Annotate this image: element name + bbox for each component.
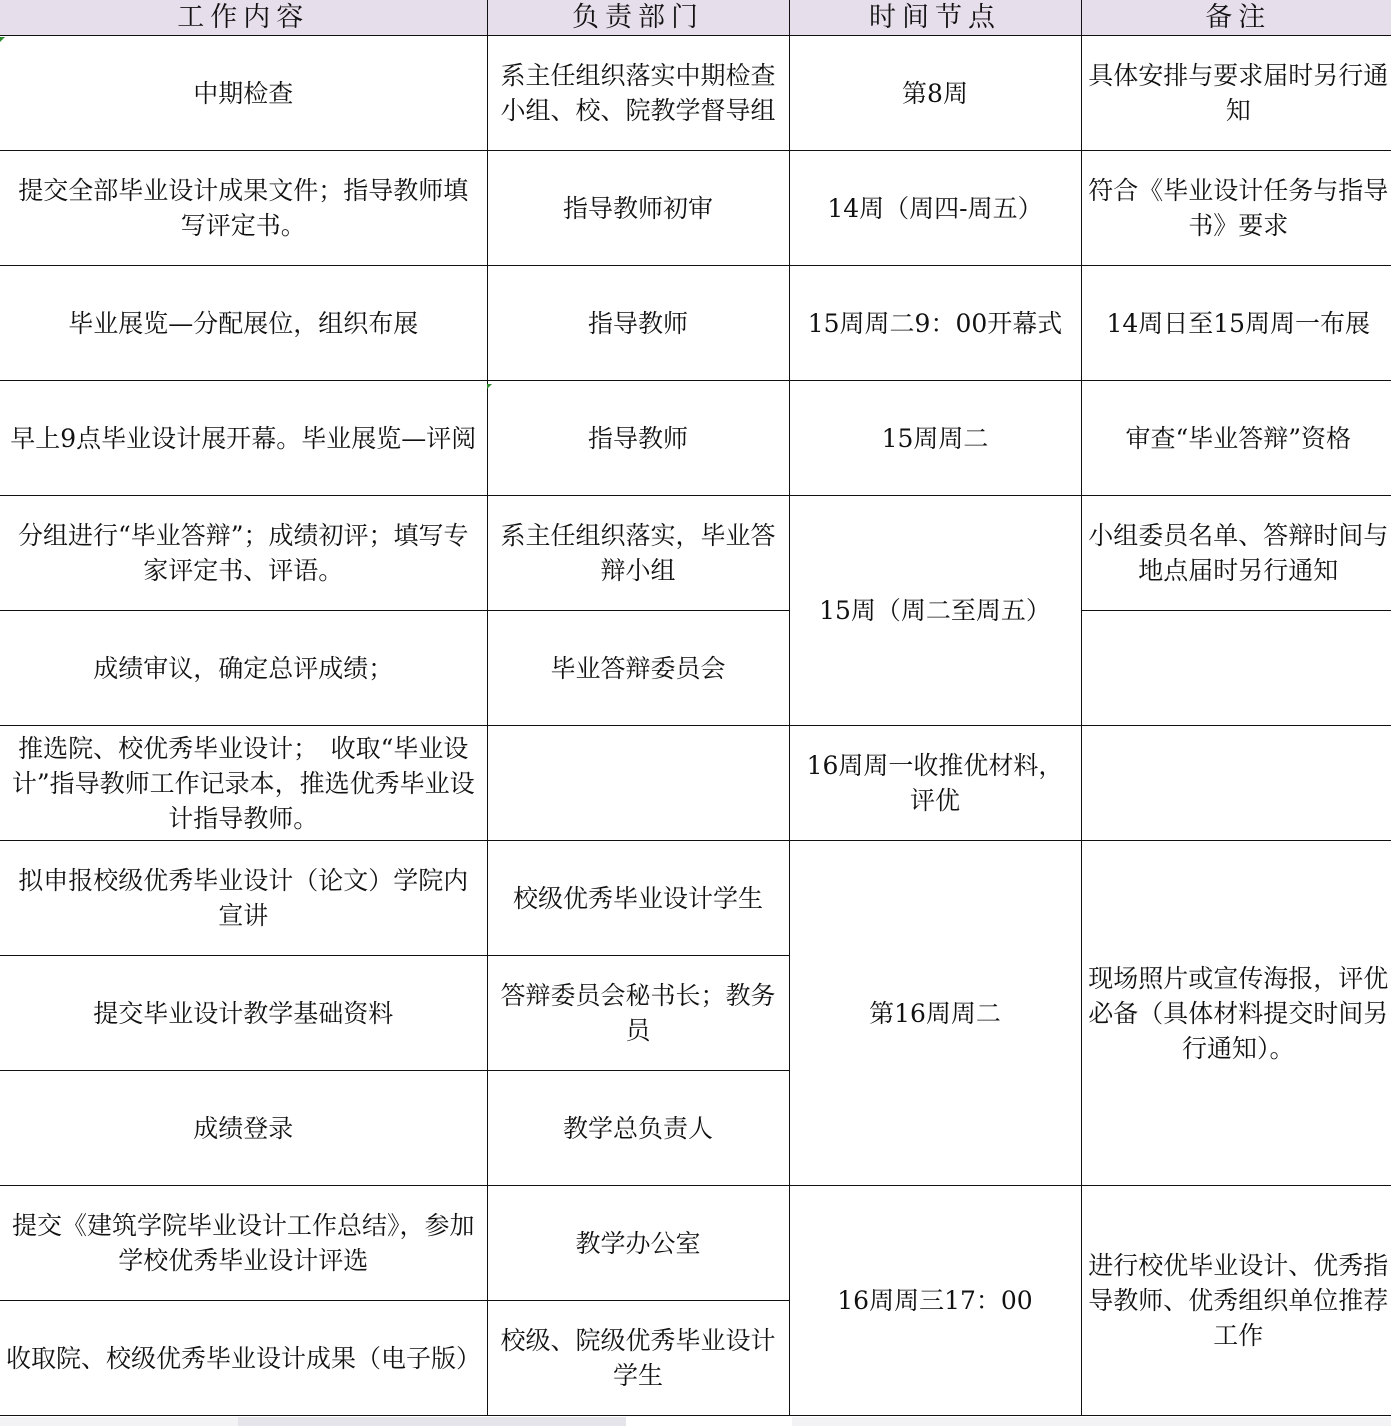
schedule-table: 工作内容 负责部门 时间节点 备注 中期检查 系主任组织落实中期检查小组、校、院… (0, 0, 1391, 1416)
cell-note[interactable] (1081, 726, 1391, 841)
table-row: 分组进行“毕业答辩”；成绩初评；填写专家评定书、评语。 系主任组织落实，毕业答辩… (0, 496, 1391, 611)
cell-work[interactable]: 拟申报校级优秀毕业设计（论文）学院内宣讲 (0, 841, 487, 956)
cell-dept[interactable] (487, 726, 789, 841)
table-row: 中期检查 系主任组织落实中期检查小组、校、院教学督导组 第8周 具体安排与要求届… (0, 36, 1391, 151)
cell-note-merged[interactable]: 进行校优毕业设计、优秀指导教师、优秀组织单位推荐工作 (1081, 1186, 1391, 1416)
header-time-node[interactable]: 时间节点 (789, 0, 1081, 36)
cell-time-merged[interactable]: 15周（周二至周五） (789, 496, 1081, 726)
table-row: 毕业展览—分配展位，组织布展 指导教师 15周周二9：00开幕式 14周日至15… (0, 266, 1391, 381)
header-department[interactable]: 负责部门 (487, 0, 789, 36)
cell-time[interactable]: 15周周二 (789, 381, 1081, 496)
cell-work[interactable]: 早上9点毕业设计展开幕。毕业展览—评阅 (0, 381, 487, 496)
scrollbar-thumb[interactable] (238, 1417, 626, 1426)
scrollbar-track[interactable] (792, 1417, 1391, 1426)
cell-note[interactable]: 具体安排与要求届时另行通知 (1081, 36, 1391, 151)
comment-indicator-icon[interactable] (487, 384, 492, 389)
cell-dept[interactable]: 教学总负责人 (487, 1071, 789, 1186)
cell-dept[interactable]: 毕业答辩委员会 (487, 611, 789, 726)
cell-note[interactable] (1081, 611, 1391, 726)
cell-time[interactable]: 第8周 (789, 36, 1081, 151)
cell-time[interactable]: 16周周一收推优材料，评优 (789, 726, 1081, 841)
cell-work[interactable]: 成绩审议，确定总评成绩； (0, 611, 487, 726)
cell-note[interactable]: 14周日至15周周一布展 (1081, 266, 1391, 381)
cell-dept[interactable]: 系主任组织落实，毕业答辩小组 (487, 496, 789, 611)
cell-dept[interactable]: 系主任组织落实中期检查小组、校、院教学督导组 (487, 36, 789, 151)
cell-note-merged[interactable]: 现场照片或宣传海报，评优必备（具体材料提交时间另行通知）。 (1081, 841, 1391, 1186)
cell-work[interactable]: 提交《建筑学院毕业设计工作总结》，参加学校优秀毕业设计评选 (0, 1186, 487, 1301)
cell-dept[interactable]: 校级优秀毕业设计学生 (487, 841, 789, 956)
header-notes[interactable]: 备注 (1081, 0, 1391, 36)
table-row: 拟申报校级优秀毕业设计（论文）学院内宣讲 校级优秀毕业设计学生 第16周周二 现… (0, 841, 1391, 956)
cell-work[interactable]: 中期检查 (0, 36, 487, 151)
cell-dept[interactable]: 答辩委员会秘书长；教务员 (487, 956, 789, 1071)
cell-dept[interactable]: 教学办公室 (487, 1186, 789, 1301)
table-row: 早上9点毕业设计展开幕。毕业展览—评阅 指导教师 15周周二 审查“毕业答辩”资… (0, 381, 1391, 496)
comment-indicator-icon[interactable] (0, 37, 5, 42)
header-row: 工作内容 负责部门 时间节点 备注 (0, 0, 1391, 36)
cell-work[interactable]: 分组进行“毕业答辩”；成绩初评；填写专家评定书、评语。 (0, 496, 487, 611)
table-row: 提交全部毕业设计成果文件；指导教师填写评定书。 指导教师初审 14周（周四-周五… (0, 151, 1391, 266)
cell-work[interactable]: 提交全部毕业设计成果文件；指导教师填写评定书。 (0, 151, 487, 266)
cell-note[interactable]: 审查“毕业答辩”资格 (1081, 381, 1391, 496)
cell-dept[interactable]: 指导教师 (487, 381, 789, 496)
cell-work[interactable]: 毕业展览—分配展位，组织布展 (0, 266, 487, 381)
cell-work[interactable]: 推选院、校优秀毕业设计； 收取“毕业设计”指导教师工作记录本，推选优秀毕业设计指… (0, 726, 487, 841)
cell-time-merged[interactable]: 第16周周二 (789, 841, 1081, 1186)
cell-time[interactable]: 14周（周四-周五） (789, 151, 1081, 266)
header-work-content[interactable]: 工作内容 (0, 0, 487, 36)
table-row: 提交《建筑学院毕业设计工作总结》，参加学校优秀毕业设计评选 教学办公室 16周周… (0, 1186, 1391, 1301)
table-row: 推选院、校优秀毕业设计； 收取“毕业设计”指导教师工作记录本，推选优秀毕业设计指… (0, 726, 1391, 841)
cell-dept[interactable]: 校级、院级优秀毕业设计学生 (487, 1301, 789, 1416)
cell-dept[interactable]: 指导教师初审 (487, 151, 789, 266)
cell-work[interactable]: 成绩登录 (0, 1071, 487, 1186)
cell-time-merged[interactable]: 16周周三17：00 (789, 1186, 1081, 1416)
table-row: 成绩审议，确定总评成绩； 毕业答辩委员会 (0, 611, 1391, 726)
cell-time[interactable]: 15周周二9：00开幕式 (789, 266, 1081, 381)
cell-dept[interactable]: 指导教师 (487, 266, 789, 381)
cell-note[interactable]: 符合《毕业设计任务与指导书》要求 (1081, 151, 1391, 266)
cell-work[interactable]: 收取院、校级优秀毕业设计成果（电子版） (0, 1301, 487, 1416)
cell-work[interactable]: 提交毕业设计教学基础资料 (0, 956, 487, 1071)
cell-note[interactable]: 小组委员名单、答辩时间与地点届时另行通知 (1081, 496, 1391, 611)
